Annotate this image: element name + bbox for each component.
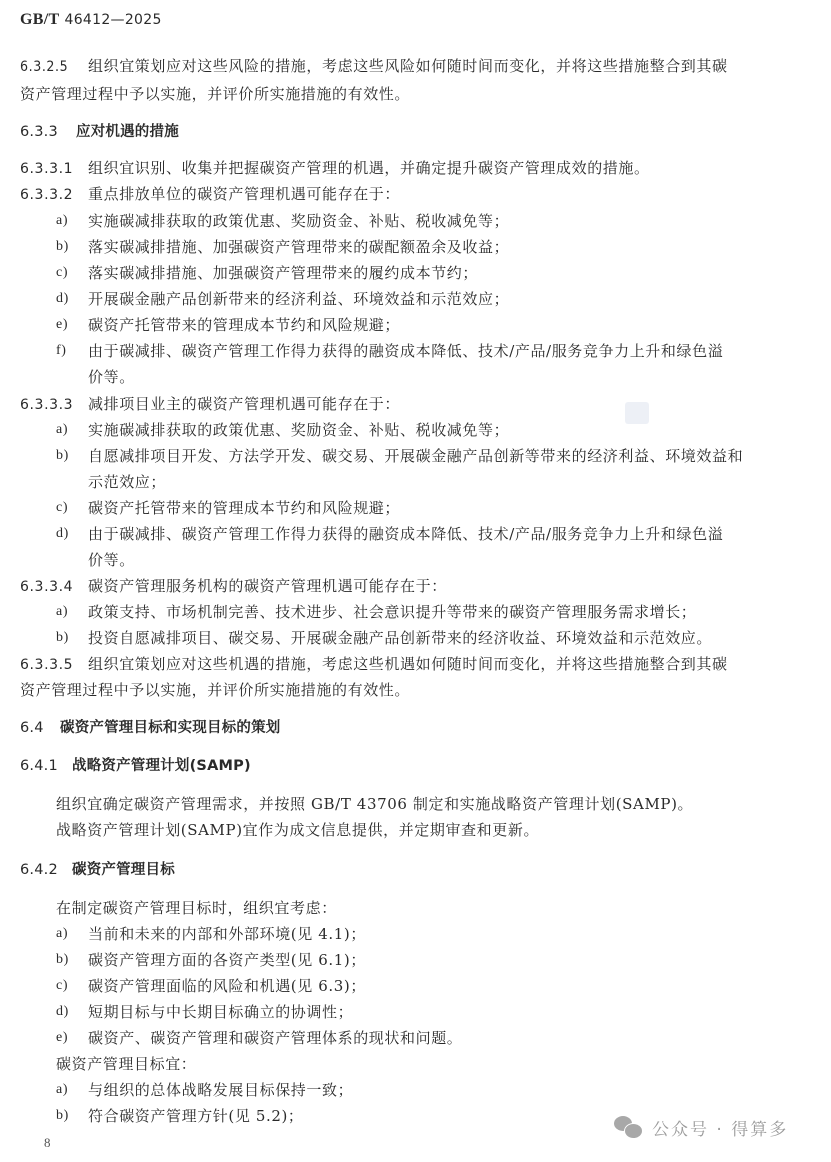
item-text: 开展碳金融产品创新带来的经济利益、环境效益和示范效应；	[88, 289, 509, 309]
paragraph: 在制定碳资产管理目标时，组织宜考虑：	[56, 898, 337, 918]
standard-number: 46412—2025	[65, 12, 162, 28]
section-title: 战略资产管理计划(SAMP)	[72, 758, 251, 774]
clause-text: 组织宜策划应对这些风险的措施，考虑这些风险如何随时间而变化，并将这些措施整合到其…	[88, 57, 728, 75]
item-text: 实施碳减排获取的政策优惠、奖励资金、补贴、税收减免等；	[88, 420, 509, 440]
item-marker: c)	[56, 498, 68, 518]
watermark: 公众号 · 得算多	[614, 1115, 788, 1140]
clause-6335-cont: 资产管理过程中予以实施，并评价所实施措施的有效性。	[20, 680, 410, 700]
section-heading-64: 6.4碳资产管理目标和实现目标的策划	[20, 718, 281, 738]
item-text: 落实碳减排措施、加强碳资产管理带来的碳配额盈余及收益；	[88, 237, 509, 257]
clause-6335: 6.3.3.5组织宜策划应对这些机遇的措施，考虑这些机遇如何随时间而变化，并将这…	[20, 654, 728, 675]
item-marker: d)	[56, 1002, 69, 1022]
item-text: 符合碳资产管理方针(见 5.2)；	[88, 1106, 304, 1126]
item-marker: b)	[56, 237, 69, 257]
item-marker: c)	[56, 263, 68, 283]
clause-6334: 6.3.3.4碳资产管理服务机构的碳资产管理机遇可能存在于：	[20, 576, 447, 597]
item-text: 碳资产、碳资产管理和碳资产管理体系的现状和问题。	[88, 1028, 462, 1048]
section-heading-642: 6.4.2碳资产管理目标	[20, 860, 175, 880]
clause-number: 6.3.3.1	[20, 159, 88, 179]
section-title: 应对机遇的措施	[76, 124, 179, 140]
item-text: 当前和未来的内部和外部环境(见 4.1)；	[88, 924, 366, 944]
document-header: GB/T 46412—2025	[20, 10, 162, 29]
clause-text: 组织宜识别、收集并把握碳资产管理的机遇，并确定提升碳资产管理成效的措施。	[88, 159, 650, 177]
clause-number: 6.3.3.2	[20, 185, 88, 205]
standard-prefix: GB/T	[20, 11, 59, 28]
item-marker: e)	[56, 315, 68, 335]
item-marker: b)	[56, 446, 69, 466]
section-number: 6.3.3	[20, 122, 76, 142]
item-marker: a)	[56, 1080, 68, 1100]
item-marker: c)	[56, 976, 68, 996]
clause-text: 组织宜策划应对这些机遇的措施，考虑这些机遇如何随时间而变化，并将这些措施整合到其…	[88, 655, 728, 673]
clause-number: 6.3.2.5	[20, 57, 88, 77]
item-text: 与组织的总体战略发展目标保持一致；	[88, 1080, 353, 1100]
paragraph: 碳资产管理目标宜：	[56, 1054, 196, 1074]
item-text: 投资自愿减排项目、碳交易、开展碳金融产品创新带来的经济收益、环境效益和示范效应。	[88, 628, 712, 648]
section-number: 6.4.2	[20, 860, 72, 880]
item-marker: a)	[56, 924, 68, 944]
item-text-cont: 价等。	[88, 367, 135, 387]
clause-text: 减排项目业主的碳资产管理机遇可能存在于：	[88, 395, 400, 413]
item-marker: b)	[56, 950, 69, 970]
item-marker: e)	[56, 1028, 68, 1048]
wechat-icon	[614, 1116, 644, 1140]
item-marker: b)	[56, 1106, 69, 1126]
item-text: 政策支持、市场机制完善、技术进步、社会意识提升等带来的碳资产管理服务需求增长；	[88, 602, 696, 622]
paragraph: 组织宜确定碳资产管理需求，并按照 GB/T 43706 制定和实施战略资产管理计…	[56, 794, 693, 814]
item-text: 碳资产管理方面的各资产类型(见 6.1)；	[88, 950, 366, 970]
section-number: 6.4.1	[20, 756, 72, 776]
item-text: 由于碳减排、碳资产管理工作得力获得的融资成本降低、技术/产品/服务竞争力上升和绿…	[88, 524, 723, 544]
page-number: 8	[44, 1135, 51, 1151]
clause-6333: 6.3.3.3减排项目业主的碳资产管理机遇可能存在于：	[20, 394, 400, 415]
item-text-cont: 示范效应；	[88, 472, 166, 492]
item-text: 落实碳减排措施、加强碳资产管理带来的履约成本节约；	[88, 263, 478, 283]
item-marker: b)	[56, 628, 69, 648]
section-heading-641: 6.4.1战略资产管理计划(SAMP)	[20, 756, 251, 776]
clause-6325: 6.3.2.5组织宜策划应对这些风险的措施，考虑这些风险如何随时间而变化，并将这…	[0, 56, 728, 77]
item-text: 短期目标与中长期目标确立的协调性；	[88, 1002, 353, 1022]
item-text: 实施碳减排获取的政策优惠、奖励资金、补贴、税收减免等；	[88, 211, 509, 231]
section-title: 碳资产管理目标	[72, 862, 175, 878]
clause-6331: 6.3.3.1组织宜识别、收集并把握碳资产管理的机遇，并确定提升碳资产管理成效的…	[20, 158, 650, 179]
item-marker: f)	[56, 341, 67, 361]
clause-number: 6.3.3.4	[20, 577, 88, 597]
paragraph: 战略资产管理计划(SAMP)宜作为成文信息提供，并定期审查和更新。	[56, 820, 539, 840]
item-marker: d)	[56, 289, 69, 309]
clause-number: 6.3.3.5	[20, 655, 88, 675]
clause-text: 重点排放单位的碳资产管理机遇可能存在于：	[88, 185, 400, 203]
item-marker: a)	[56, 420, 68, 440]
section-title: 碳资产管理目标和实现目标的策划	[60, 720, 281, 736]
item-text: 由于碳减排、碳资产管理工作得力获得的融资成本降低、技术/产品/服务竞争力上升和绿…	[88, 341, 723, 361]
clause-text: 碳资产管理服务机构的碳资产管理机遇可能存在于：	[88, 577, 447, 595]
item-text: 碳资产托管带来的管理成本节约和风险规避；	[88, 315, 400, 335]
item-marker: d)	[56, 524, 69, 544]
item-text: 自愿减排项目开发、方法学开发、碳交易、开展碳金融产品创新等带来的经济利益、环境效…	[88, 446, 743, 466]
clause-6325-cont: 资产管理过程中予以实施，并评价所实施措施的有效性。	[20, 84, 410, 104]
clause-6332: 6.3.3.2重点排放单位的碳资产管理机遇可能存在于：	[20, 184, 400, 205]
clause-number: 6.3.3.3	[20, 395, 88, 415]
item-text: 碳资产托管带来的管理成本节约和风险规避；	[88, 498, 400, 518]
watermark-text: 公众号 · 得算多	[652, 1115, 788, 1140]
item-marker: a)	[56, 211, 68, 231]
section-number: 6.4	[20, 718, 60, 738]
item-marker: a)	[56, 602, 68, 622]
item-text: 碳资产管理面临的风险和机遇(见 6.3)；	[88, 976, 366, 996]
item-text-cont: 价等。	[88, 550, 135, 570]
section-heading-633: 6.3.3应对机遇的措施	[20, 122, 179, 142]
stamp-mark	[625, 402, 649, 424]
